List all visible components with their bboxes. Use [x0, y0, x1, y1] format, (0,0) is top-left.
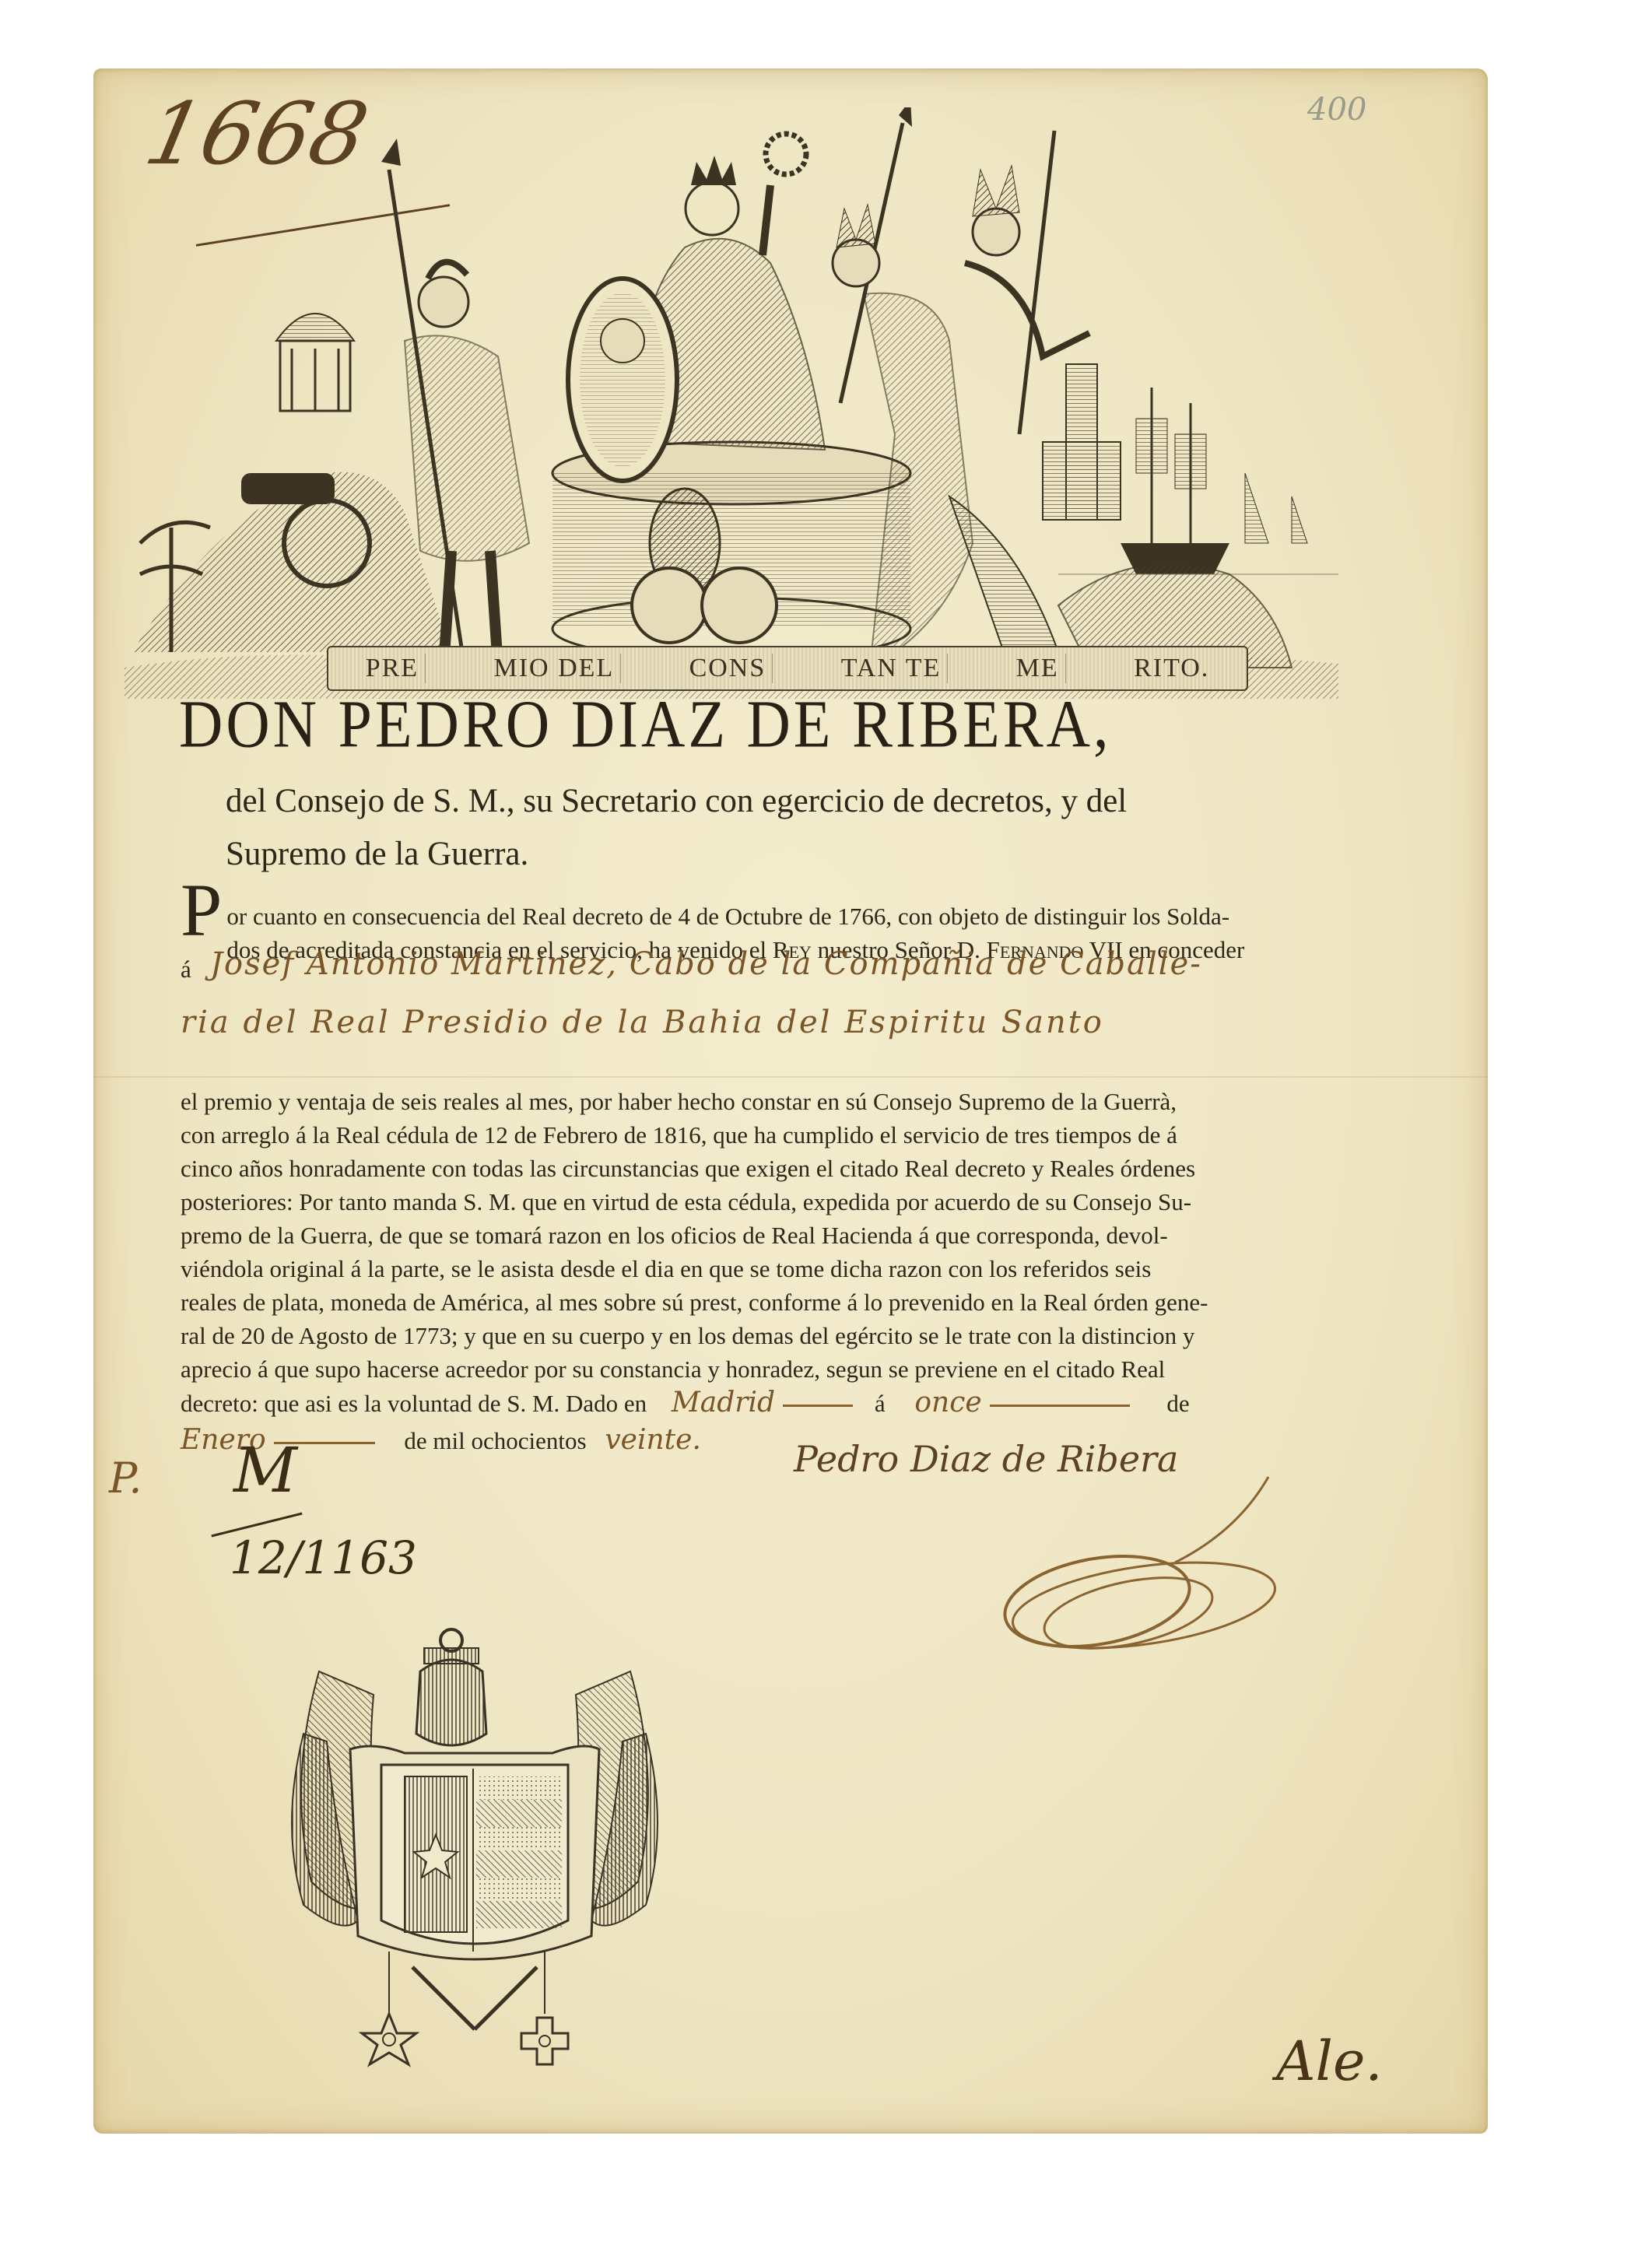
drop-cap: P: [181, 879, 222, 942]
recipient-prefix: á: [181, 956, 191, 984]
title-subline-1: del Consejo de S. M., su Secretario con …: [226, 782, 1127, 820]
closing-text: decreto: que asi es la voluntad de S. M.…: [181, 1390, 647, 1417]
fill-dash: [990, 1405, 1130, 1407]
paragraph-award-body: el premio y ventaja de seis reales al me…: [181, 1085, 1371, 1457]
registry-number: 12/1163: [230, 1531, 417, 1584]
body-line: viéndola original á la parte, se le asis…: [181, 1252, 1371, 1285]
motto-segment: PRE: [360, 654, 426, 683]
motto-segment: MIO DEL: [487, 654, 621, 683]
body-line: aprecio á que supo hacerse acreedor por …: [181, 1352, 1371, 1386]
paper-fold-line: [93, 1076, 1488, 1078]
closing-line: decreto: que asi es la voluntad de S. M.…: [181, 1386, 1371, 1420]
intro-line-1: or cuanto en consecuencia del Real decre…: [181, 879, 1371, 933]
closing-de: de: [1166, 1390, 1189, 1417]
body-line: ral de 20 de Agosto de 1773; y que en su…: [181, 1319, 1371, 1352]
coat-of-arms-icon: [272, 1625, 677, 2123]
body-line: premo de la Guerra, de que se tomará raz…: [181, 1219, 1371, 1252]
signature-flourish-icon: [942, 1469, 1331, 1656]
motto-segment: CONS: [683, 654, 773, 683]
year-fill: veinte.: [605, 1424, 701, 1456]
allegorical-engraving: [125, 107, 1338, 714]
day-fill: once: [914, 1387, 981, 1419]
bottom-right-rubric: Ale.: [1276, 2029, 1383, 2093]
recipient-name-rank: Josef Antonio Martinez, Cabo de la Compa…: [210, 946, 1202, 982]
margin-mark-p: P.: [109, 1454, 142, 1503]
engraving-illustration-icon: [125, 107, 1338, 714]
motto-segment: RITO.: [1128, 654, 1215, 683]
motto-segment: TAN TE: [835, 654, 949, 683]
recipient-unit: ria del Real Presidio de la Bahia del Es…: [181, 1005, 1104, 1040]
registry-initial: M: [233, 1434, 297, 1506]
document-paper: 1668 400: [93, 68, 1488, 2134]
body-line: posteriores: Por tanto manda S. M. que e…: [181, 1185, 1371, 1219]
closing-a: á: [875, 1390, 886, 1417]
title-subline-2: Supremo de la Guerra.: [226, 835, 528, 873]
body-line: cinco años honradamente con todas las ci…: [181, 1152, 1371, 1185]
body-line: el premio y ventaja de seis reales al me…: [181, 1085, 1371, 1118]
fill-dash: [783, 1405, 853, 1407]
year-line: Enero de mil ochocientos veinte.: [181, 1423, 1371, 1457]
body-line: con arreglo á la Real cédula de 12 de Fe…: [181, 1118, 1371, 1152]
document-title: DON PEDRO DIAZ DE RIBERA,: [179, 685, 1111, 763]
year-text: de mil ochocientos: [404, 1427, 586, 1454]
body-line: reales de plata, moneda de América, al m…: [181, 1285, 1371, 1319]
motto-segment: ME: [1010, 654, 1066, 683]
place-fill: Madrid: [672, 1387, 775, 1419]
